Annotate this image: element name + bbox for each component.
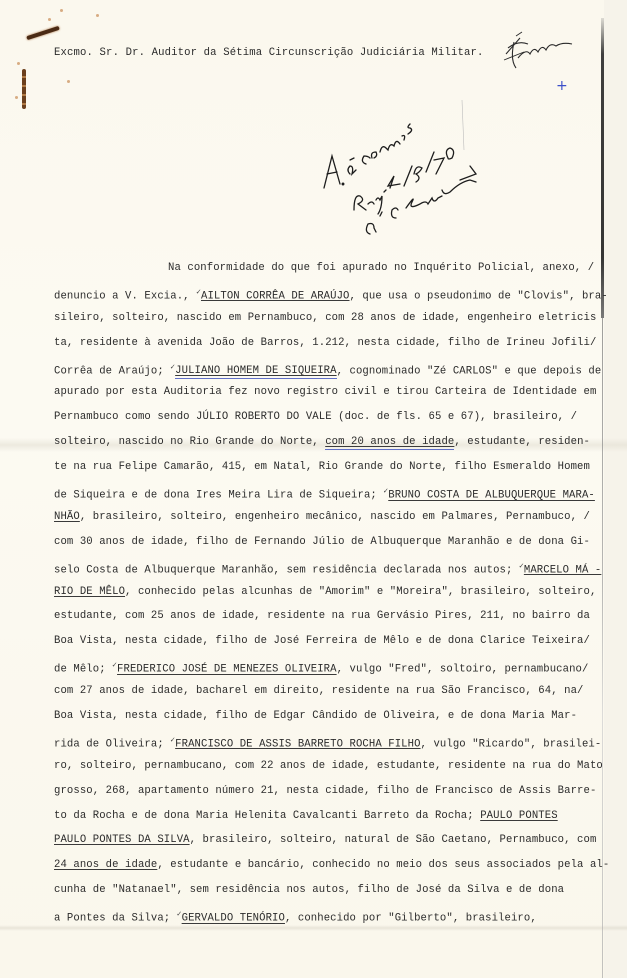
text-line: a Pontes da Silva; ✓GERVALDO TENÓRIO, co… — [54, 903, 599, 928]
text-line: cunha de "Natanael", sem residência nos … — [54, 878, 599, 903]
stain-spot — [15, 96, 18, 99]
page-edge-line — [602, 318, 603, 978]
defendant-name: PAULO PONTES — [480, 810, 558, 822]
stain-spot — [67, 80, 70, 83]
defendant-name: FREDERICO JOSÉ DE MENEZES OLIVEIRA — [117, 664, 337, 676]
text-line: grosso, 268, apartamento número 21, nest… — [54, 779, 599, 804]
text-line: ta, residente à avenida João de Barros, … — [54, 331, 599, 356]
page-margin — [604, 0, 627, 978]
age-highlight: 24 anos de idade — [54, 859, 157, 871]
text-line: Boa Vista, nesta cidade, filho de José F… — [54, 629, 599, 654]
text-line: de Mêlo; ✓FREDERICO JOSÉ DE MENEZES OLIV… — [54, 654, 599, 679]
text-line: sileiro, solteiro, nascido em Pernambuco… — [54, 306, 599, 331]
defendant-name: JULIANO HOMEM DE SIQUEIRA — [175, 365, 336, 379]
text-line: rida de Oliveira; ✓FRANCISCO DE ASSIS BA… — [54, 729, 599, 754]
text-line: solteiro, nascido no Rio Grande do Norte… — [54, 430, 599, 455]
defendant-name: NHÃO — [54, 511, 80, 523]
rust-stain — [22, 69, 26, 109]
defendant-name: MARCELO MÁ - — [524, 564, 602, 576]
text-line: Corrêa de Araújo; ✓JULIANO HOMEM DE SIQU… — [54, 356, 599, 381]
text-line: RIO DE MÊLO, conhecido pelas alcunhas de… — [54, 580, 599, 605]
text-line: ro, solteiro, pernambucano, com 22 anos … — [54, 754, 599, 779]
page-edge-line — [601, 18, 604, 318]
stain-spot — [60, 9, 63, 12]
text-line: NHÃO, brasileiro, solteiro, engenheiro m… — [54, 505, 599, 530]
defendant-name: RIO DE MÊLO — [54, 586, 125, 598]
text-line: estudante, com 25 anos de idade, residen… — [54, 604, 599, 629]
blue-cross-mark: + — [556, 78, 568, 94]
defendant-name: FRANCISCO DE ASSIS BARRETO ROCHA FILHO — [175, 738, 420, 750]
text-line: com 30 anos de idade, filho de Fernando … — [54, 530, 599, 555]
text-line: te na rua Felipe Camarão, 415, em Natal,… — [54, 455, 599, 480]
age-highlight: com 20 anos de idade — [325, 436, 454, 450]
handwritten-note-icon — [310, 100, 490, 240]
text-line: Pernambuco como sendo JÚLIO ROBERTO DO V… — [54, 405, 599, 430]
stain-spot — [96, 14, 99, 17]
defendant-name: GERVALDO TENÓRIO — [182, 913, 285, 925]
text-line: Na conformidade do que foi apurado no In… — [54, 256, 599, 281]
staple-stain — [26, 26, 60, 40]
signature-icon — [498, 30, 578, 72]
stain-spot — [17, 62, 20, 65]
text-line: to da Rocha e de dona Maria Helenita Cav… — [54, 804, 599, 829]
stain-spot — [48, 18, 51, 21]
document-page: Excmo. Sr. Dr. Auditor da Sétima Circuns… — [0, 0, 627, 978]
defendant-name: AILTON CORRÊA DE ARAÚJO — [201, 290, 350, 302]
document-heading: Excmo. Sr. Dr. Auditor da Sétima Circuns… — [54, 47, 483, 59]
text-line: PAULO PONTES DA SILVA, brasileiro, solte… — [54, 828, 599, 853]
defendant-name: PAULO PONTES DA SILVA — [54, 834, 190, 846]
text-line: denuncio a V. Excia., ✓AILTON CORRÊA DE … — [54, 281, 599, 306]
text-line: Boa Vista, nesta cidade, filho de Edgar … — [54, 704, 599, 729]
denuncia-body: Na conformidade do que foi apurado no In… — [54, 256, 599, 928]
text-line: apurado por esta Auditoria fez novo regi… — [54, 380, 599, 405]
text-line: 24 anos de idade, estudante e bancário, … — [54, 853, 599, 878]
defendant-name: BRUNO COSTA DE ALBUQUERQUE MARA- — [388, 490, 595, 502]
text-line: com 27 anos de idade, bacharel em direit… — [54, 679, 599, 704]
text-line: selo Costa de Albuquerque Maranhão, sem … — [54, 555, 599, 580]
text-line: de Siqueira e de dona Ires Meira Lira de… — [54, 480, 599, 505]
